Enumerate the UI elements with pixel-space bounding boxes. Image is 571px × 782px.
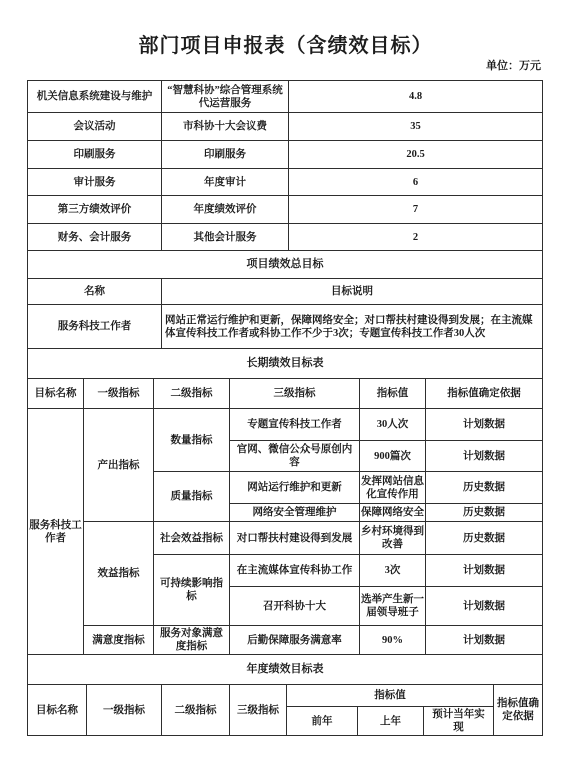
table-row: 机关信息系统建设与维护 “智慧科协”综合管理系统代运营服务 4.8 — [28, 81, 543, 113]
longterm-goal-table: 长期绩效目标表 目标名称 一级指标 二级指标 三级指标 指标值 指标值确定依据 … — [27, 348, 543, 655]
level2-quantity: 数量指标 — [154, 409, 230, 472]
indicator-value: 乡村环境得到改善 — [360, 522, 426, 555]
indicator-basis: 历史数据 — [426, 504, 543, 522]
budget-amount: 4.8 — [289, 81, 543, 113]
header-basis: 指标值确定依据 — [426, 379, 543, 409]
level3-indicator: 后勤保障服务满意率 — [230, 626, 360, 655]
budget-category: 财务、会计服务 — [28, 224, 162, 251]
header-year-before-last: 前年 — [287, 707, 358, 736]
indicator-basis: 历史数据 — [426, 472, 543, 504]
budget-amount: 7 — [289, 196, 543, 224]
table-header-row: 目标名称 一级指标 二级指标 三级指标 指标值 指标值确定依据 — [28, 685, 543, 707]
table-row: 服务科技工作者 产出指标 数量指标 专题宣传科技工作者 30人次 计划数据 — [28, 409, 543, 441]
budget-project: “智慧科协”综合管理系统代运营服务 — [162, 81, 289, 113]
header-level3: 三级指标 — [230, 685, 287, 736]
overall-goal-description: 网站正常运行维护和更新，保障网络安全；对口帮扶村建设得到发展；在主流媒体宣传科技… — [162, 305, 543, 349]
table-row: 第三方绩效评价 年度绩效评价 7 — [28, 196, 543, 224]
level3-indicator: 对口帮扶村建设得到发展 — [230, 522, 360, 555]
indicator-value: 发挥网站信息化宣传作用 — [360, 472, 426, 504]
document-page: 部门项目申报表（含绩效目标） 单位：万元 机关信息系统建设与维护 “智慧科协”综… — [0, 0, 571, 782]
budget-amount: 6 — [289, 169, 543, 196]
level3-indicator: 网站运行维护和更新 — [230, 472, 360, 504]
indicator-basis: 计划数据 — [426, 409, 543, 441]
table-row: 审计服务 年度审计 6 — [28, 169, 543, 196]
table-row: 印刷服务 印刷服务 20.5 — [28, 141, 543, 169]
budget-project: 年度绩效评价 — [162, 196, 289, 224]
level1-benefit: 效益指标 — [84, 522, 154, 626]
form-tables: 机关信息系统建设与维护 “智慧科协”综合管理系统代运营服务 4.8 会议活动 市… — [27, 81, 542, 736]
level3-indicator: 召开科协十大 — [230, 587, 360, 626]
header-value: 指标值 — [360, 379, 426, 409]
level1-satisfaction: 满意度指标 — [84, 626, 154, 655]
level2-social: 社会效益指标 — [154, 522, 230, 555]
indicator-basis: 计划数据 — [426, 626, 543, 655]
annual-goal-table: 年度绩效目标表 目标名称 一级指标 二级指标 三级指标 指标值 指标值确定依据 … — [27, 654, 543, 736]
table-row: 名称 目标说明 — [28, 279, 543, 305]
unit-label: 单位：万元 — [486, 57, 541, 73]
indicator-value: 保障网络安全 — [360, 504, 426, 522]
longterm-section-title: 长期绩效目标表 — [28, 349, 543, 379]
header-goal-name: 目标名称 — [28, 379, 84, 409]
level2-quality: 质量指标 — [154, 472, 230, 522]
header-current-year: 预计当年实现 — [424, 707, 494, 736]
budget-table: 机关信息系统建设与维护 “智慧科协”综合管理系统代运营服务 4.8 会议活动 市… — [27, 80, 543, 251]
page-title: 部门项目申报表（含绩效目标） — [0, 29, 571, 58]
table-header-row: 目标名称 一级指标 二级指标 三级指标 指标值 指标值确定依据 — [28, 379, 543, 409]
budget-amount: 20.5 — [289, 141, 543, 169]
level3-indicator: 在主流媒体宣传科协工作 — [230, 555, 360, 587]
table-row: 财务、会计服务 其他会计服务 2 — [28, 224, 543, 251]
header-goal-name: 目标名称 — [28, 685, 87, 736]
level3-indicator: 网络安全管理维护 — [230, 504, 360, 522]
budget-project: 其他会计服务 — [162, 224, 289, 251]
budget-project: 年度审计 — [162, 169, 289, 196]
budget-amount: 2 — [289, 224, 543, 251]
budget-category: 机关信息系统建设与维护 — [28, 81, 162, 113]
level2-sustainable: 可持续影响指标 — [154, 555, 230, 626]
header-level1: 一级指标 — [87, 685, 162, 736]
header-last-year: 上年 — [358, 707, 424, 736]
overall-name-header: 名称 — [28, 279, 162, 305]
table-row: 年度绩效目标表 — [28, 655, 543, 685]
overall-goal-table: 项目绩效总目标 名称 目标说明 服务科技工作者 网站正常运行维护和更新，保障网络… — [27, 250, 543, 349]
overall-goal-section-title: 项目绩效总目标 — [28, 251, 543, 279]
budget-category: 印刷服务 — [28, 141, 162, 169]
table-row: 满意度指标 服务对象满意度指标 后勤保障服务满意率 90% 计划数据 — [28, 626, 543, 655]
level3-indicator: 官网、微信公众号原创内容 — [230, 441, 360, 472]
table-row: 项目绩效总目标 — [28, 251, 543, 279]
header-level2: 二级指标 — [162, 685, 230, 736]
level3-indicator: 专题宣传科技工作者 — [230, 409, 360, 441]
table-row: 服务科技工作者 网站正常运行维护和更新，保障网络安全；对口帮扶村建设得到发展；在… — [28, 305, 543, 349]
header-level3: 三级指标 — [230, 379, 360, 409]
level2-target-satisfaction: 服务对象满意度指标 — [154, 626, 230, 655]
budget-project: 市科协十大会议费 — [162, 113, 289, 141]
header-level1: 一级指标 — [84, 379, 154, 409]
indicator-value: 900篇次 — [360, 441, 426, 472]
indicator-basis: 计划数据 — [426, 555, 543, 587]
indicator-value: 90% — [360, 626, 426, 655]
indicator-value: 30人次 — [360, 409, 426, 441]
budget-category: 会议活动 — [28, 113, 162, 141]
budget-category: 第三方绩效评价 — [28, 196, 162, 224]
overall-desc-header: 目标说明 — [162, 279, 543, 305]
annual-section-title: 年度绩效目标表 — [28, 655, 543, 685]
indicator-basis: 计划数据 — [426, 587, 543, 626]
table-row: 效益指标 社会效益指标 对口帮扶村建设得到发展 乡村环境得到改善 历史数据 — [28, 522, 543, 555]
table-row: 长期绩效目标表 — [28, 349, 543, 379]
budget-category: 审计服务 — [28, 169, 162, 196]
indicator-basis: 计划数据 — [426, 441, 543, 472]
budget-project: 印刷服务 — [162, 141, 289, 169]
indicator-value: 3次 — [360, 555, 426, 587]
header-level2: 二级指标 — [154, 379, 230, 409]
table-row: 会议活动 市科协十大会议费 35 — [28, 113, 543, 141]
level1-output: 产出指标 — [84, 409, 154, 522]
budget-amount: 35 — [289, 113, 543, 141]
header-basis: 指标值确定依据 — [494, 685, 543, 736]
indicator-basis: 历史数据 — [426, 522, 543, 555]
indicator-value: 选举产生新一届领导班子 — [360, 587, 426, 626]
longterm-goal-name: 服务科技工作者 — [28, 409, 84, 655]
overall-goal-name: 服务科技工作者 — [28, 305, 162, 349]
header-value-group: 指标值 — [287, 685, 494, 707]
